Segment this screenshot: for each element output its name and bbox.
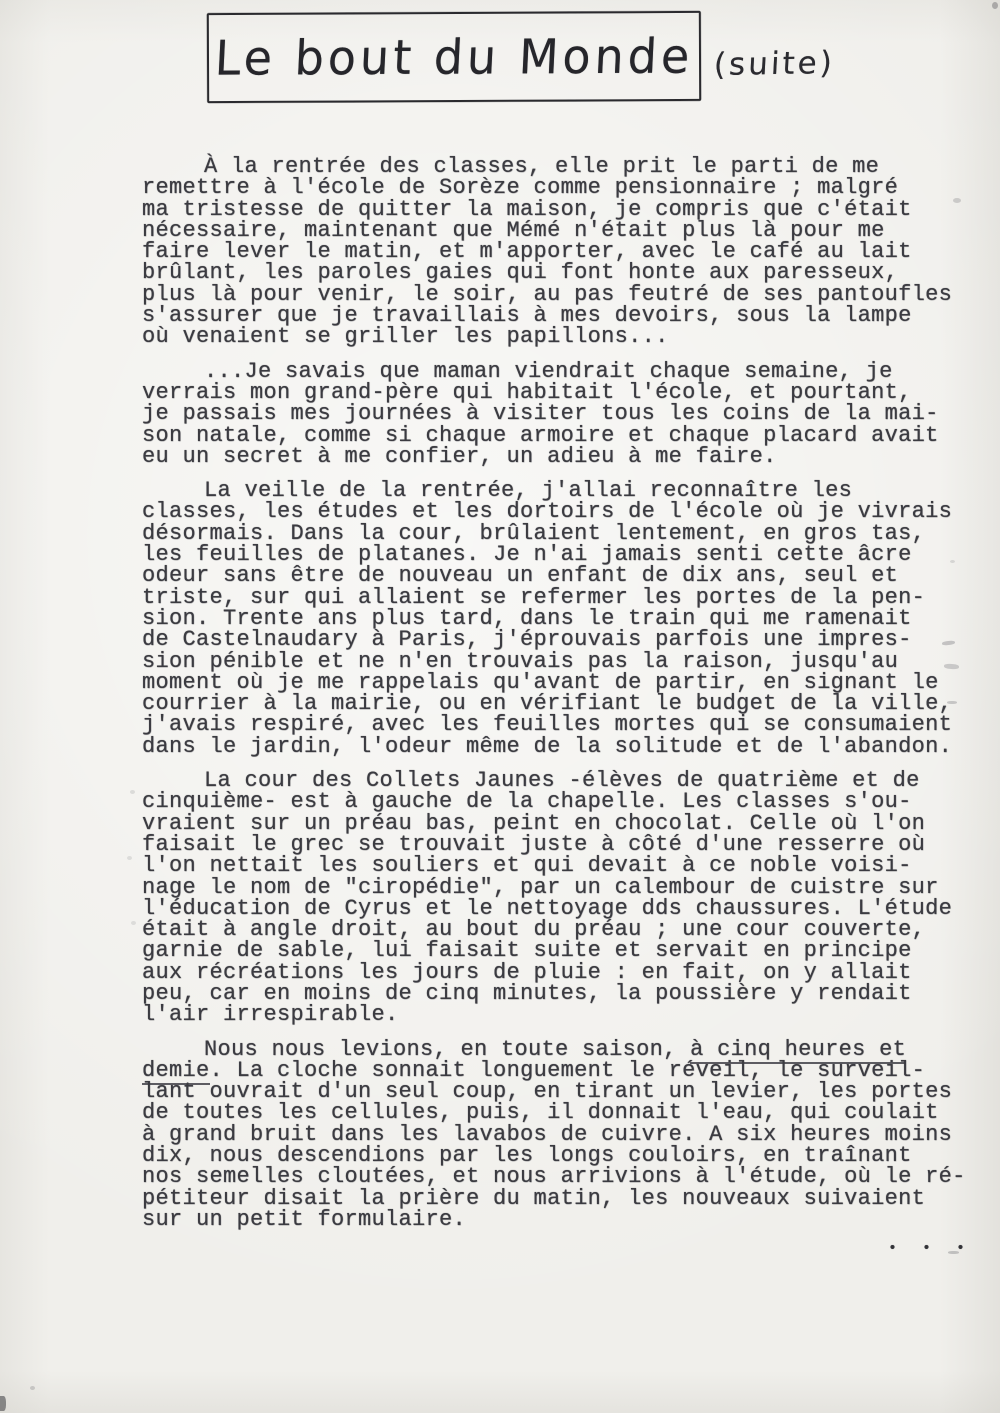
text-line: de toutes les cellules, puis, il donnait… xyxy=(142,1102,972,1123)
text-line: l'air irrespirable. xyxy=(142,1004,972,1025)
paper-speck xyxy=(130,790,135,794)
document-body: À la rentrée des classes, elle prit le p… xyxy=(142,156,972,1243)
text-line: l'on nettait les souliers et qui devait … xyxy=(142,855,972,876)
text-line: moment où je me rappelais qu'avant de pa… xyxy=(142,672,972,693)
paragraph: Nous nous levions, en toute saison, à ci… xyxy=(142,1039,972,1231)
paragraph: À la rentrée des classes, elle prit le p… xyxy=(142,156,972,348)
paragraph: ...Je savais que maman viendrait chaque … xyxy=(142,361,972,467)
paper-speck xyxy=(30,1386,35,1390)
text-line: faisait le grec se trouvait juste à côté… xyxy=(142,834,972,855)
text-line: dans le jardin, l'odeur même de la solit… xyxy=(142,736,972,757)
text-line: s'assurer que je travaillais à mes devoi… xyxy=(142,305,972,326)
text-line: cinquième- est à gauche de la chapelle. … xyxy=(142,791,972,812)
text-line: La cour des Collets Jaunes -élèves de qu… xyxy=(142,770,972,791)
text-line: verrais mon grand-père qui habitait l'éc… xyxy=(142,382,972,403)
text-line: À la rentrée des classes, elle prit le p… xyxy=(142,156,972,177)
paper-speck xyxy=(131,921,136,925)
text-line: son natale, comme si chaque armoire et c… xyxy=(142,425,972,446)
text-line: aux récréations les jours de pluie : en … xyxy=(142,962,972,983)
text-line: lant ouvrait d'un seul coup, en tirant u… xyxy=(142,1081,972,1102)
text-line: les feuilles de platanes. Je n'ai jamais… xyxy=(142,544,972,565)
text-line: j'avais respiré, avec les feuilles morte… xyxy=(142,714,972,735)
text-line: nécessaire, maintenant que Mémé n'était … xyxy=(142,220,972,241)
text-line: plus là pour venir, le soir, au pas feut… xyxy=(142,284,972,305)
text-line: peu, car en moins de cinq minutes, la po… xyxy=(142,983,972,1004)
text-line: eu un secret à me confier, un adieu à me… xyxy=(142,446,972,467)
text-line: faire lever le matin, et m'apporter, ave… xyxy=(142,241,972,262)
text-line: La veille de la rentrée, j'allai reconna… xyxy=(142,480,972,501)
text-line: sion. Trente ans plus tard, dans le trai… xyxy=(142,608,972,629)
text-line: désormais. Dans la cour, brûlaient lente… xyxy=(142,523,972,544)
text-line: l'éducation de Cyrus et le nettoyage dds… xyxy=(142,898,972,919)
text-line: Nous nous levions, en toute saison, à ci… xyxy=(142,1039,972,1060)
title-box: Le bout du Monde xyxy=(207,11,701,103)
text-line: vraient sur un préau bas, peint en choco… xyxy=(142,813,972,834)
text-line: nage le nom de "ciropédie", par un calem… xyxy=(142,877,972,898)
text-line: je passais mes journées à visiter tous l… xyxy=(142,403,972,424)
paragraph: La cour des Collets Jaunes -élèves de qu… xyxy=(142,770,972,1026)
text-line: sur un petit formulaire. xyxy=(142,1209,972,1230)
text-line: brûlant, les paroles gaies qui font hont… xyxy=(142,262,972,283)
text-line: dix, nous descendions par les longs coul… xyxy=(142,1145,972,1166)
paper-speck xyxy=(127,856,132,860)
text-line: à grand bruit dans les lavabos de cuivre… xyxy=(142,1124,972,1145)
text-line: courrier à la mairie, ou en vérifiant le… xyxy=(142,693,972,714)
text-line: ma tristesse de quitter la maison, je co… xyxy=(142,199,972,220)
text-line: remettre à l'école de Sorèze comme pensi… xyxy=(142,177,972,198)
text-line: nos semelles cloutées, et nous arrivions… xyxy=(142,1166,972,1187)
text-line: ...Je savais que maman viendrait chaque … xyxy=(142,361,972,382)
text-line: était à angle droit, au bout du préau ; … xyxy=(142,919,972,940)
text-line: demie. La cloche sonnait longuement le r… xyxy=(142,1060,972,1081)
text-line: classes, les études et les dortoirs de l… xyxy=(142,501,972,522)
suite-label: (suite) xyxy=(713,45,836,83)
paper-speck xyxy=(992,2,998,9)
text-line: où venaient se griller les papillons... xyxy=(142,326,972,347)
end-ellipsis: • • • xyxy=(888,1240,973,1257)
text-line: odeur sans être de nouveau un enfant de … xyxy=(142,565,972,586)
paragraph: La veille de la rentrée, j'allai reconna… xyxy=(142,480,972,757)
scanned-document-screenshot: { "document": { "title": "Le bout du Mon… xyxy=(0,0,1000,1413)
paper-speck xyxy=(0,1396,6,1411)
page-title: Le bout du Monde xyxy=(213,28,694,86)
text-line: triste, sur qui allaient se refermer les… xyxy=(142,587,972,608)
text-line: de Castelnaudary à Paris, j'éprouvais pa… xyxy=(142,629,972,650)
text-line: sion pénible et ne n'en trouvais pas la … xyxy=(142,651,972,672)
document-page: Le bout du Monde (suite) À la rentrée de… xyxy=(0,0,1000,1413)
text-line: garnie de sable, lui faisait suite et se… xyxy=(142,940,972,961)
text-line: pétiteur disait la prière du matin, les … xyxy=(142,1188,972,1209)
